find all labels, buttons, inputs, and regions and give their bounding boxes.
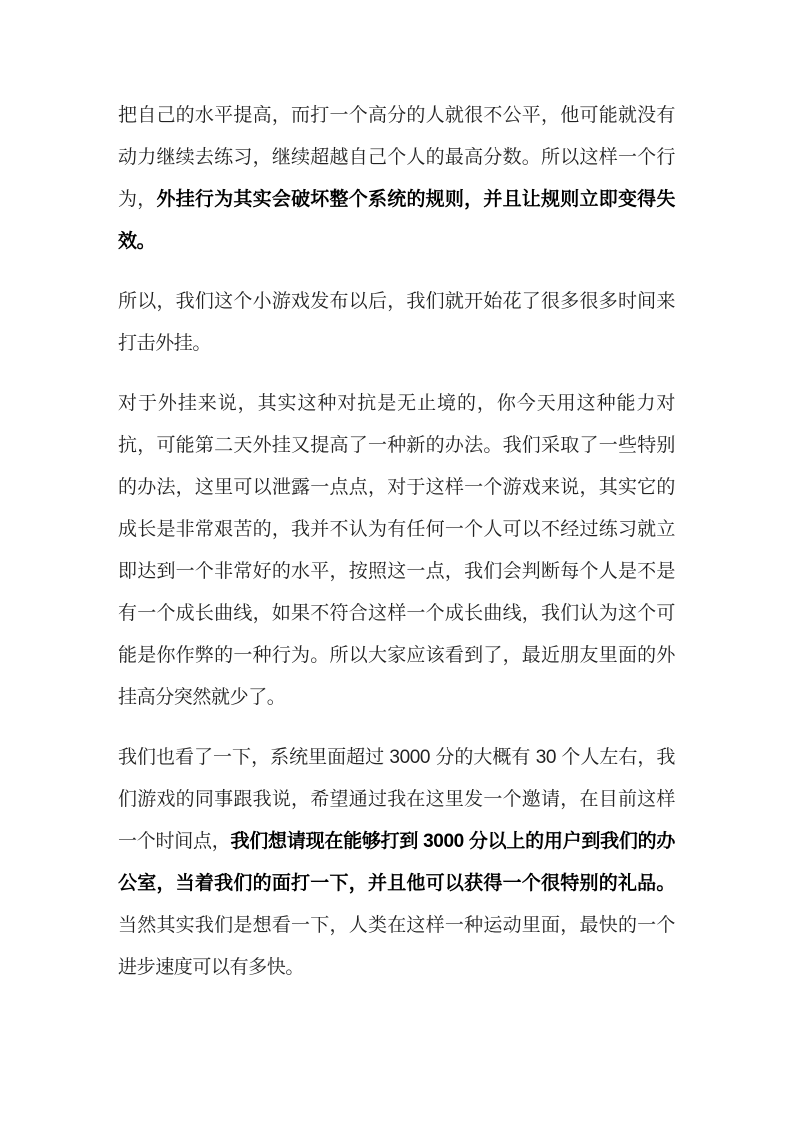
paragraph: 把自己的水平提高，而打一个高分的人就很不公平，他可能就没有动力继续去练习，继续超…	[118, 95, 675, 263]
text-run: 所以，我们这个小游戏发布以后，我们就开始花了很多很多时间来打击外挂。	[118, 291, 675, 354]
paragraph: 对于外挂来说，其实这种对抗是无止境的，你今天用这种能力对抗，可能第二天外挂又提高…	[118, 383, 675, 719]
document-page: 把自己的水平提高，而打一个高分的人就很不公平，他可能就没有动力继续去练习，继续超…	[0, 0, 793, 1122]
bold-text-run: 外挂行为其实会破坏整个系统的规则，并且让规则立即变得失效。	[118, 189, 675, 252]
document-body: 把自己的水平提高，而打一个高分的人就很不公平，他可能就没有动力继续去练习，继续超…	[118, 95, 675, 1007]
text-run: 当然其实我们是想看一下，人类在这样一种运动里面，最快的一个进步速度可以有多快。	[118, 915, 675, 978]
paragraph: 我们也看了一下，系统里面超过 3000 分的大概有 30 个人左右，我们游戏的同…	[118, 737, 675, 989]
text-run: 对于外挂来说，其实这种对抗是无止境的，你今天用这种能力对抗，可能第二天外挂又提高…	[118, 393, 675, 708]
paragraph: 所以，我们这个小游戏发布以后，我们就开始花了很多很多时间来打击外挂。	[118, 281, 675, 365]
